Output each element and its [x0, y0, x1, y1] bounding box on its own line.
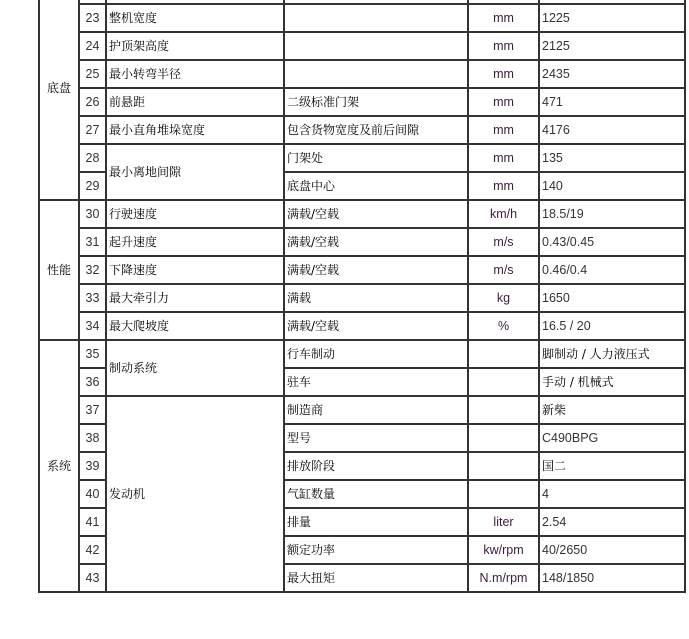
item-unit: km/h — [468, 200, 539, 228]
item-name: 下降速度 — [106, 256, 284, 284]
table-row: 37 发动机 制造商 新柴 — [39, 396, 685, 424]
item-unit — [468, 424, 539, 452]
item-condition: 包含货物宽度及前后间隙 — [284, 116, 468, 144]
item-value: 0.46/0.4 — [539, 256, 685, 284]
item-name: 前悬距 — [106, 88, 284, 116]
item-name: 行驶速度 — [106, 200, 284, 228]
row-number: 34 — [79, 312, 106, 340]
item-condition: 最大扭矩 — [284, 564, 468, 592]
item-condition — [284, 32, 468, 60]
item-condition: 型号 — [284, 424, 468, 452]
item-unit: mm — [468, 32, 539, 60]
item-unit — [468, 452, 539, 480]
row-number: 43 — [79, 564, 106, 592]
item-unit: N.m/rpm — [468, 564, 539, 592]
item-value: 2125 — [539, 32, 685, 60]
row-number: 29 — [79, 172, 106, 200]
item-condition: 驻车 — [284, 368, 468, 396]
item-name: 整机宽度 — [106, 4, 284, 32]
table-row: 33 最大牵引力 满载 kg 1650 — [39, 284, 685, 312]
item-name: 最大爬坡度 — [106, 312, 284, 340]
item-condition: 满载/空载 — [284, 312, 468, 340]
item-condition: 气缸数量 — [284, 480, 468, 508]
item-unit — [468, 396, 539, 424]
table-row: 性能 30 行驶速度 满载/空载 km/h 18.5/19 — [39, 200, 685, 228]
item-unit: % — [468, 312, 539, 340]
item-condition: 排量 — [284, 508, 468, 536]
item-condition: 满载/空载 — [284, 228, 468, 256]
row-number: 31 — [79, 228, 106, 256]
item-name: 起升速度 — [106, 228, 284, 256]
table-row: 27 最小直角堆垛宽度 包含货物宽度及前后间隙 mm 4176 — [39, 116, 685, 144]
item-name: 最小离地间隙 — [106, 144, 284, 200]
item-value: 国二 — [539, 452, 685, 480]
item-condition — [284, 4, 468, 32]
row-number: 23 — [79, 4, 106, 32]
item-unit — [468, 368, 539, 396]
item-value: 手动 / 机械式 — [539, 368, 685, 396]
item-name: 最小转弯半径 — [106, 60, 284, 88]
row-number: 28 — [79, 144, 106, 172]
item-value: 18.5/19 — [539, 200, 685, 228]
item-unit — [468, 480, 539, 508]
item-value: C490BPG — [539, 424, 685, 452]
item-condition: 满载/空载 — [284, 200, 468, 228]
item-unit: mm — [468, 4, 539, 32]
table-row: 32 下降速度 满载/空载 m/s 0.46/0.4 — [39, 256, 685, 284]
item-unit — [468, 340, 539, 368]
item-value: 1650 — [539, 284, 685, 312]
table-row: 31 起升速度 满载/空载 m/s 0.43/0.45 — [39, 228, 685, 256]
row-number: 35 — [79, 340, 106, 368]
row-number: 40 — [79, 480, 106, 508]
table-row: 25 最小转弯半径 mm 2435 — [39, 60, 685, 88]
item-value: 4176 — [539, 116, 685, 144]
item-unit: m/s — [468, 228, 539, 256]
item-unit: mm — [468, 116, 539, 144]
item-unit: liter — [468, 508, 539, 536]
item-unit: mm — [468, 88, 539, 116]
item-value: 4 — [539, 480, 685, 508]
item-value: 脚制动 / 人力液压式 — [539, 340, 685, 368]
row-number: 41 — [79, 508, 106, 536]
item-unit: kg — [468, 284, 539, 312]
spec-table: 底盘 23 整机宽度 mm 1225 24 护顶架高度 mm 2125 25 最… — [38, 0, 686, 593]
item-condition: 行车制动 — [284, 340, 468, 368]
item-condition: 满载 — [284, 284, 468, 312]
row-number: 25 — [79, 60, 106, 88]
item-condition: 满载/空载 — [284, 256, 468, 284]
item-value: 2435 — [539, 60, 685, 88]
item-value: 135 — [539, 144, 685, 172]
row-number: 24 — [79, 32, 106, 60]
row-number: 30 — [79, 200, 106, 228]
item-name: 护顶架高度 — [106, 32, 284, 60]
item-unit: mm — [468, 172, 539, 200]
row-number: 32 — [79, 256, 106, 284]
category-chassis: 底盘 — [39, 0, 79, 200]
item-unit: kw/rpm — [468, 536, 539, 564]
item-value: 140 — [539, 172, 685, 200]
item-condition: 排放阶段 — [284, 452, 468, 480]
table-row: 24 护顶架高度 mm 2125 — [39, 32, 685, 60]
item-condition: 门架处 — [284, 144, 468, 172]
item-value: 40/2650 — [539, 536, 685, 564]
item-condition: 额定功率 — [284, 536, 468, 564]
item-name: 制动系统 — [106, 340, 284, 396]
item-condition: 二级标准门架 — [284, 88, 468, 116]
category-system: 系统 — [39, 340, 79, 592]
table-row: 34 最大爬坡度 满载/空载 % 16.5 / 20 — [39, 312, 685, 340]
row-number: 33 — [79, 284, 106, 312]
item-value: 2.54 — [539, 508, 685, 536]
item-condition — [284, 60, 468, 88]
table-row: 28 最小离地间隙 门架处 mm 135 — [39, 144, 685, 172]
row-number: 42 — [79, 536, 106, 564]
table-row: 系统 35 制动系统 行车制动 脚制动 / 人力液压式 — [39, 340, 685, 368]
item-condition: 制造商 — [284, 396, 468, 424]
table-row: 26 前悬距 二级标准门架 mm 471 — [39, 88, 685, 116]
item-value: 148/1850 — [539, 564, 685, 592]
row-number: 27 — [79, 116, 106, 144]
item-value: 新柴 — [539, 396, 685, 424]
item-unit: mm — [468, 60, 539, 88]
item-value: 471 — [539, 88, 685, 116]
table-row: 23 整机宽度 mm 1225 — [39, 4, 685, 32]
row-number: 38 — [79, 424, 106, 452]
item-value: 0.43/0.45 — [539, 228, 685, 256]
item-name: 最小直角堆垛宽度 — [106, 116, 284, 144]
row-number: 26 — [79, 88, 106, 116]
item-condition: 底盘中心 — [284, 172, 468, 200]
item-unit: mm — [468, 144, 539, 172]
row-number: 36 — [79, 368, 106, 396]
item-unit: m/s — [468, 256, 539, 284]
category-performance: 性能 — [39, 200, 79, 340]
item-name: 最大牵引力 — [106, 284, 284, 312]
item-value: 16.5 / 20 — [539, 312, 685, 340]
item-name: 发动机 — [106, 396, 284, 592]
row-number: 37 — [79, 396, 106, 424]
item-value: 1225 — [539, 4, 685, 32]
row-number: 39 — [79, 452, 106, 480]
